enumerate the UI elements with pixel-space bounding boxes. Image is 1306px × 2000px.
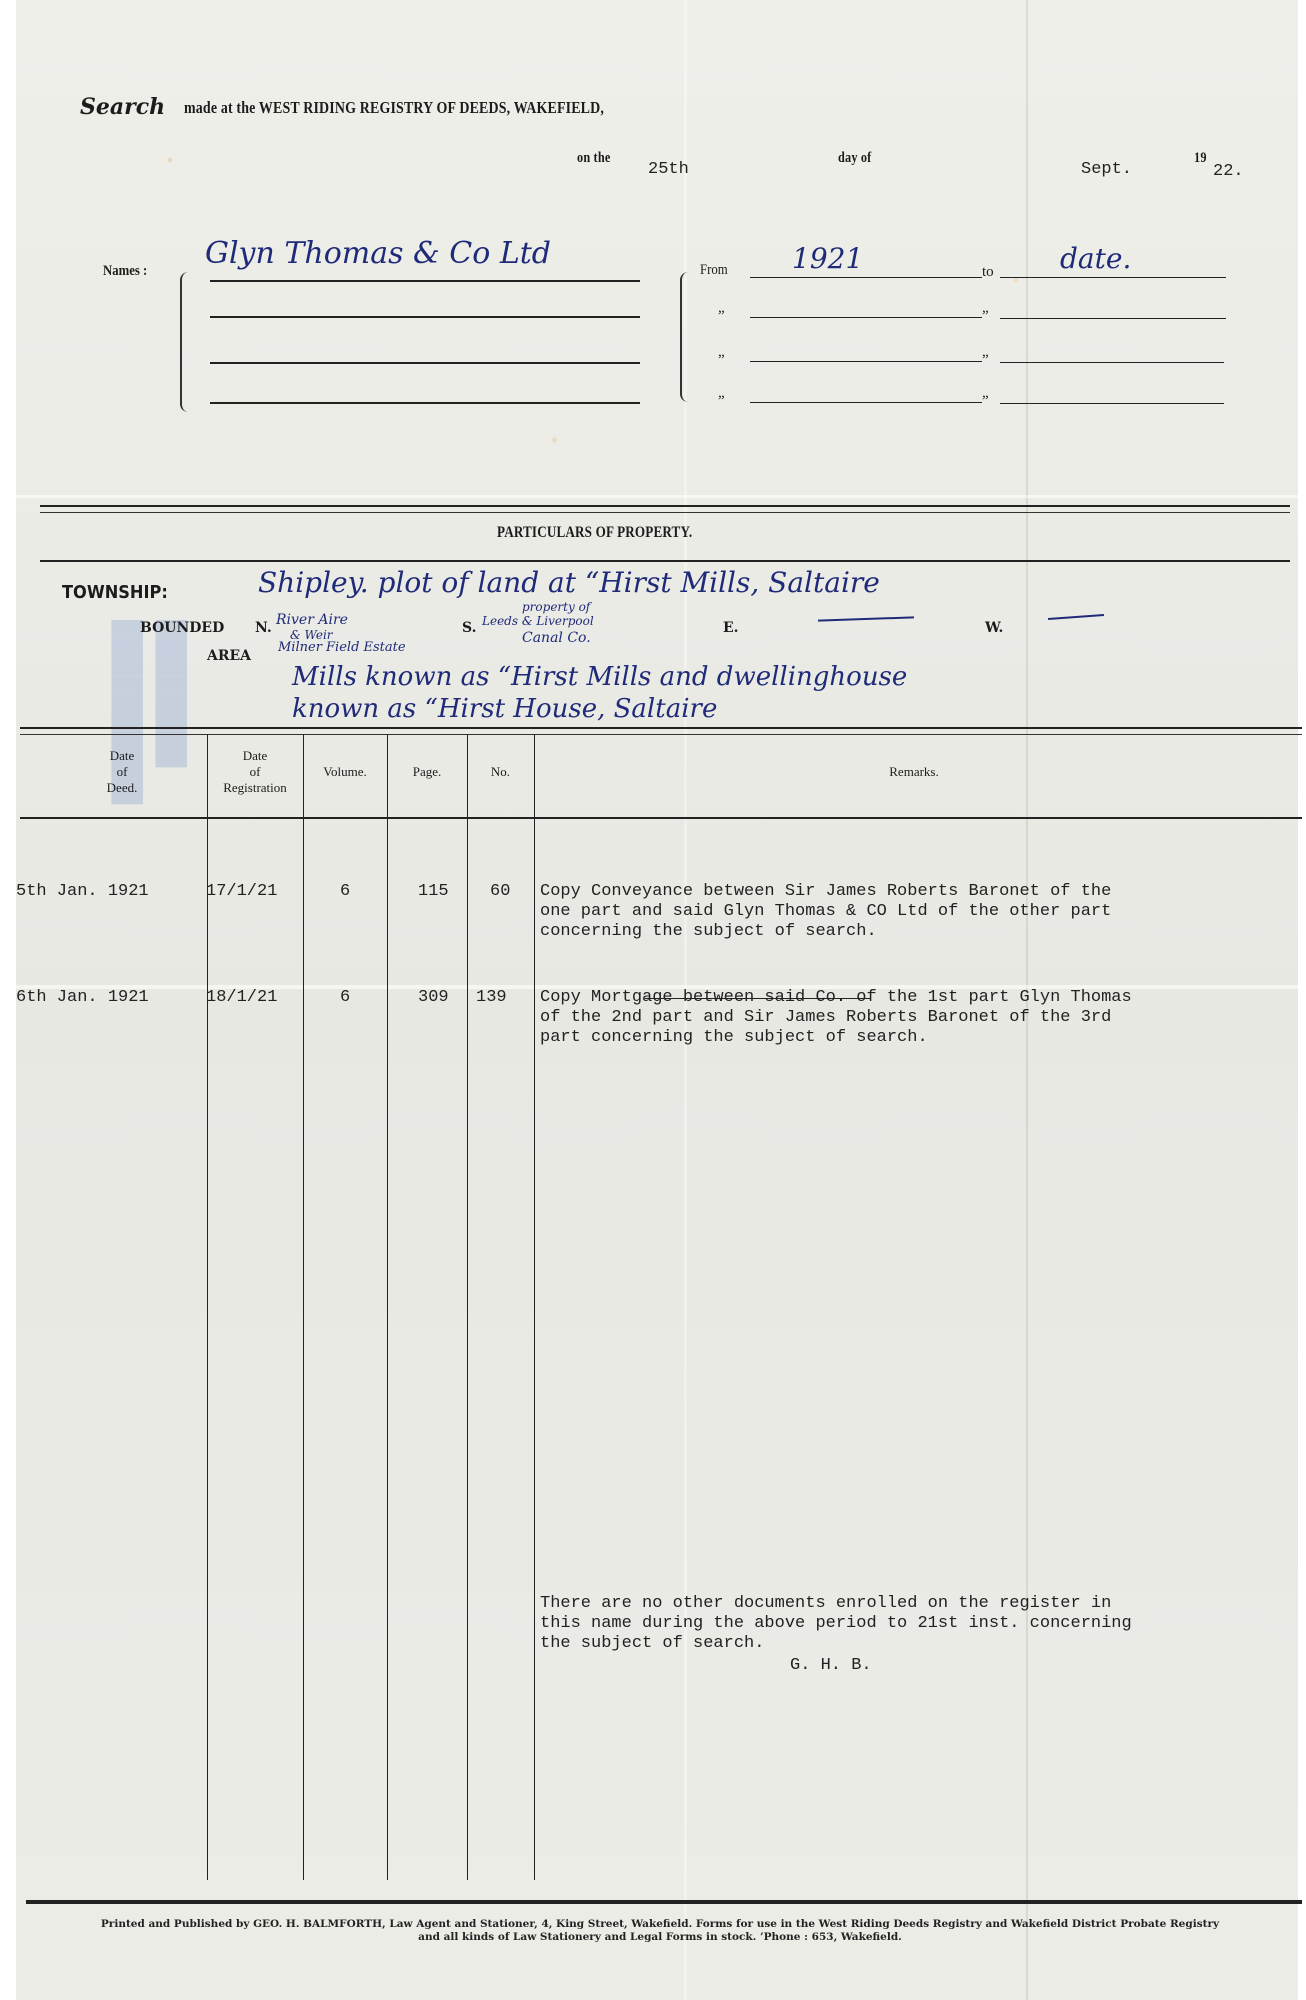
name-line-4 [210, 402, 640, 404]
area-value[interactable]: Milner Field Estate [278, 640, 406, 655]
particulars-title: PARTICULARS OF PROPERTY. [497, 524, 692, 542]
cell-volume: 6 [340, 882, 350, 901]
names-brace [180, 272, 192, 412]
header-volume: Volume. [303, 764, 387, 780]
cell-date-of-deed: 6th Jan. 1921 [16, 988, 149, 1007]
column-divider [303, 734, 304, 1880]
year-suffix: 22. [1213, 162, 1244, 181]
closing-note: There are no other documents enrolled on… [540, 1594, 1132, 1654]
area-label: AREA [207, 648, 251, 664]
from-line-1 [750, 277, 982, 278]
south-value-1[interactable]: property of [522, 600, 590, 614]
year-prefix: 19 [1194, 150, 1207, 167]
north-label: N. [255, 620, 272, 636]
search-word: Search [80, 94, 165, 120]
registry-title: made at the WEST RIDING REGISTRY OF DEED… [184, 98, 922, 118]
printer-footer: Printed and Published by GEO. H. BALMFOR… [40, 1918, 1280, 1944]
show-through-mark: ████████ [156, 620, 186, 767]
ditto-mark: ” [982, 352, 989, 369]
name-line-2 [210, 316, 640, 318]
header-remarks: Remarks. [534, 764, 1294, 780]
cell-volume: 6 [340, 988, 350, 1007]
cell-no: 60 [490, 882, 510, 901]
month-value: Sept. [1081, 160, 1132, 179]
header-no: No. [467, 764, 534, 780]
name-entry-1[interactable]: Glyn Thomas & Co Ltd [205, 236, 551, 271]
description-line-1[interactable]: Mills known as “Hirst Mills and dwelling… [292, 662, 907, 692]
to-line-1 [1000, 277, 1226, 278]
column-divider [207, 734, 208, 1880]
to-line-2 [1000, 318, 1226, 319]
header-date-of-registration: Date of Registration [207, 748, 303, 796]
cell-page: 115 [418, 882, 449, 901]
from-line-4 [750, 402, 982, 403]
from-line-2 [750, 317, 982, 318]
section-divider [40, 560, 1290, 562]
cell-date-of-registration: 18/1/21 [206, 988, 277, 1007]
ditto-mark: ” [718, 308, 725, 325]
column-divider [387, 734, 388, 1880]
dates-brace [680, 272, 692, 402]
header-date-of-deed: Date of Deed. [62, 748, 182, 796]
from-date-1[interactable]: 1921 [792, 242, 863, 275]
from-line-3 [750, 361, 982, 362]
cell-remarks: Copy Conveyance between Sir James Robert… [540, 882, 1111, 942]
ditto-mark: ” [982, 393, 989, 410]
description-line-2[interactable]: known as “Hirst House, Saltaire [292, 694, 717, 724]
on-the-label: on the [577, 150, 610, 167]
to-line-3 [1000, 362, 1224, 363]
header-page: Page. [387, 764, 467, 780]
fold-crease [16, 495, 1298, 498]
table-top-border [20, 727, 1302, 735]
cell-date-of-registration: 17/1/21 [206, 882, 277, 901]
township-value[interactable]: Shipley. plot of land at “Hirst Mills, S… [258, 566, 880, 599]
south-value-2[interactable]: Leeds & Liverpool [482, 614, 594, 628]
names-label: Names : [103, 263, 147, 280]
strikethrough [645, 998, 870, 999]
column-divider [467, 734, 468, 1880]
bounded-label: BOUNDED [140, 620, 224, 636]
north-value[interactable]: River Aire [276, 612, 348, 628]
cell-no: 139 [476, 988, 507, 1007]
cell-remarks: Copy Mortgage between said Co. of the 1s… [540, 988, 1132, 1048]
township-label: TOWNSHIP: [62, 582, 168, 603]
south-label: S. [462, 620, 477, 636]
cell-date-of-deed: 5th Jan. 1921 [16, 882, 149, 901]
ditto-mark: ” [718, 352, 725, 369]
section-divider [40, 505, 1290, 513]
initials: G. H. B. [790, 1656, 872, 1675]
footer-line-1: Printed and Published by GEO. H. BALMFOR… [40, 1918, 1280, 1931]
east-label: E. [723, 620, 739, 636]
cell-page: 309 [418, 988, 449, 1007]
column-divider [534, 734, 535, 1880]
to-label: to [982, 264, 994, 281]
footer-line-2: and all kinds of Law Stationery and Lega… [40, 1931, 1280, 1944]
name-line-1 [210, 280, 640, 282]
south-value-3[interactable]: Canal Co. [522, 630, 591, 646]
table-header-border [20, 817, 1302, 819]
search-title: Search [80, 94, 165, 120]
from-label: From [700, 262, 728, 279]
ditto-mark: ” [982, 308, 989, 325]
to-date-1[interactable]: date. [1060, 242, 1131, 275]
table-bottom-border [26, 1900, 1302, 1904]
to-line-4 [1000, 403, 1224, 404]
name-line-3 [210, 362, 640, 364]
day-of-label: day of [838, 150, 871, 167]
ditto-mark: ” [718, 393, 725, 410]
west-label: W. [985, 620, 1003, 636]
day-value: 25th [648, 160, 689, 179]
